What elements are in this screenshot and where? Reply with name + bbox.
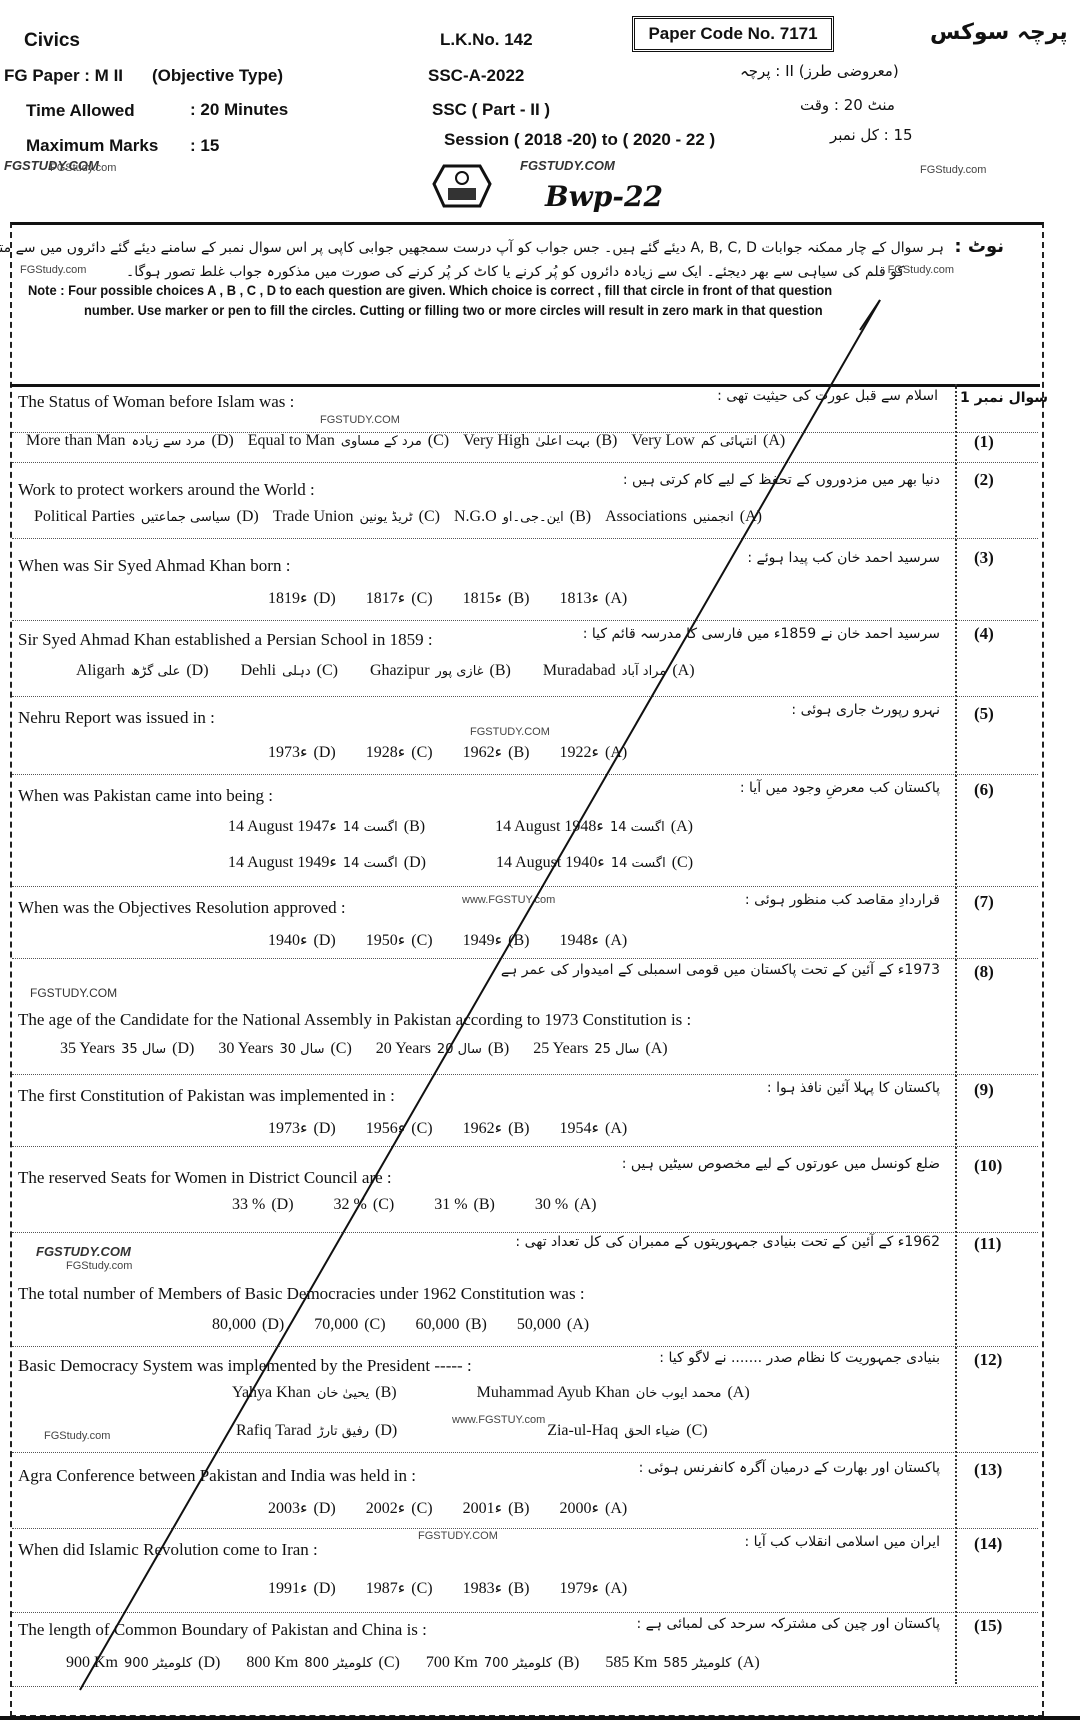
- question-number: (14): [974, 1534, 1002, 1554]
- question-number: (12): [974, 1350, 1002, 1370]
- question-text: The first Constitution of Pakistan was i…: [18, 1086, 395, 1106]
- watermark: FGSTUDY.COM: [418, 1530, 498, 1542]
- option-c[interactable]: Equal to Manمرد کے مساوی(C): [248, 432, 449, 450]
- option-c[interactable]: Trade Unionٹریڈ یونین(C): [273, 508, 440, 526]
- question-text: When was Pakistan came into being :: [18, 786, 273, 806]
- question-text: When did Islamic Revolution come to Iran…: [18, 1540, 318, 1560]
- option-a[interactable]: 50,000(A): [517, 1316, 589, 1334]
- question-text-urdu: پاکستان کب معرضِ وجود میں آیا :: [740, 780, 940, 796]
- options-row: 1940ء(D) 1950ء(C) 1949ء(B) 1948ء(A): [268, 930, 627, 950]
- question-number: (7): [974, 892, 994, 912]
- options-row: 2003ء(D) 2002ء(C) 2001ء(B) 2000ء(A): [268, 1498, 627, 1518]
- option-d[interactable]: 1973ء(D): [268, 1118, 336, 1138]
- option-d[interactable]: 14 August 1949ء14 اگست(D): [228, 852, 426, 872]
- options-row: 14 August 1949ء14 اگست(D) 14 August 1940…: [228, 852, 693, 872]
- option-a[interactable]: Muhammad Ayub Khanمحمد ایوب خان(A): [477, 1384, 750, 1402]
- options-row: 1973ء(D) 1928ء(C) 1962ء(B) 1922ء(A): [268, 742, 627, 762]
- question-number: (3): [974, 548, 994, 568]
- option-d[interactable]: 80,000(D): [212, 1316, 284, 1334]
- option-c[interactable]: 1817ء(C): [366, 588, 433, 608]
- watermark: FGSTUDY.COM: [30, 986, 117, 1000]
- note-urdu-line-2: کو قلم کی سیاہی سے بھر دیجئے۔ ایک سے زیا…: [126, 264, 904, 280]
- option-a[interactable]: 1948ء(A): [559, 930, 627, 950]
- option-b[interactable]: 20 Years20 سال(B): [376, 1040, 509, 1058]
- option-c[interactable]: 30 Years30 سال(C): [218, 1040, 351, 1058]
- note-english-line-1: Note : Four possible choices A , B , C ,…: [28, 282, 832, 298]
- time-allowed-value: : 20 Minutes: [190, 100, 288, 120]
- option-d[interactable]: 1819ء(D): [268, 588, 336, 608]
- option-b[interactable]: 1962ء(B): [463, 742, 530, 762]
- question-text: The total number of Members of Basic Dem…: [18, 1284, 585, 1304]
- question-text: The reserved Seats for Women in District…: [18, 1168, 392, 1188]
- option-b[interactable]: 31 %(B): [434, 1196, 495, 1214]
- option-d[interactable]: 1973ء(D): [268, 742, 336, 762]
- option-c[interactable]: Dehliدہلی(C): [241, 662, 338, 680]
- option-c[interactable]: 800 Km800 کلومیٹر(C): [246, 1654, 399, 1672]
- option-b[interactable]: 60,000(B): [416, 1316, 487, 1334]
- question-number: (13): [974, 1460, 1002, 1480]
- option-c[interactable]: 1950ء(C): [366, 930, 433, 950]
- handwritten-signature: Bwp-22: [545, 180, 663, 213]
- row-divider: [12, 1346, 1038, 1347]
- bottom-border: [0, 1716, 1080, 1720]
- row-divider: [12, 1612, 1038, 1613]
- option-c[interactable]: 70,000(C): [314, 1316, 385, 1334]
- watermark: FGStudy.com: [66, 1260, 132, 1272]
- note-english-line-2: number. Use marker or pen to fill the ci…: [84, 302, 823, 318]
- question-number: (15): [974, 1616, 1002, 1636]
- option-b[interactable]: 1962ء(B): [463, 1118, 530, 1138]
- option-a[interactable]: 14 August 1948ء14 اگست(A): [495, 816, 693, 836]
- board-logo-icon: [432, 160, 492, 210]
- question-text-urdu: اسلام سے قبل عورت کی حیثیت تھی :: [717, 388, 938, 404]
- note-urdu-line-1: ہر سوال کے چار ممکنہ جوابات A, B, C, D د…: [0, 240, 944, 256]
- time-allowed-label: Time Allowed: [26, 101, 135, 121]
- question-number: (10): [974, 1156, 1002, 1176]
- question-number: (8): [974, 962, 994, 982]
- watermark: FGStudy.com: [920, 164, 986, 176]
- option-d[interactable]: 900 Km900 کلومیٹر(D): [66, 1654, 220, 1672]
- row-divider: [12, 1146, 1038, 1147]
- options-row: Rafiq Taradرفیق تارڑ(D) Zia-ul-Haqضیاء ا…: [236, 1422, 708, 1440]
- question-text-urdu: سرسید احمد خان نے 1859ء میں فارسی کا مدر…: [583, 626, 940, 642]
- option-d[interactable]: 1991ء(D): [268, 1578, 336, 1598]
- subject-title: Civics: [24, 30, 80, 52]
- row-divider: [12, 620, 1038, 621]
- option-b[interactable]: 14 August 1947ء14 اگست(B): [228, 816, 425, 836]
- question-number: (2): [974, 470, 994, 490]
- question-text: Basic Democracy System was implemented b…: [18, 1356, 472, 1376]
- question-text-urdu: پاکستان اور بھارت کے درمیان آگرہ کانفرنس…: [639, 1460, 940, 1476]
- option-a[interactable]: 30 %(A): [535, 1196, 597, 1214]
- row-divider: [12, 774, 1038, 775]
- question-text: Work to protect workers around the World…: [18, 480, 315, 500]
- row-divider: [12, 1232, 1038, 1233]
- options-row: Yahya Khanیحییٰ خان(B) Muhammad Ayub Kha…: [232, 1384, 750, 1402]
- urdu-paper-line: (معروضی طرز) II : پرچہ: [740, 62, 899, 80]
- options-row: 900 Km900 کلومیٹر(D) 800 Km800 کلومیٹر(C…: [66, 1654, 760, 1672]
- option-b[interactable]: Ghazipurغازی پور(B): [370, 662, 511, 680]
- option-b[interactable]: 1983ء(B): [463, 1578, 530, 1598]
- options-row: 80,000(D) 70,000(C) 60,000(B) 50,000(A): [212, 1316, 589, 1334]
- lk-number: L.K.No. 142: [440, 30, 533, 50]
- watermark: FGSTUDY.COM: [320, 414, 400, 426]
- question-text: The length of Common Boundary of Pakista…: [18, 1620, 427, 1640]
- question-text-urdu: پاکستان کا پہلا آئین نافذ ہوا :: [767, 1080, 940, 1096]
- option-b[interactable]: Yahya Khanیحییٰ خان(B): [232, 1384, 397, 1402]
- max-marks-value: : 15: [190, 136, 219, 156]
- options-row: 1991ء(D) 1987ء(C) 1983ء(B) 1979ء(A): [268, 1578, 627, 1598]
- watermark: FGSTUDY.COM: [470, 726, 550, 738]
- option-d[interactable]: Rafiq Taradرفیق تارڑ(D): [236, 1422, 397, 1440]
- question-text-urdu: ایران میں اسلامی انقلاب کب آیا :: [745, 1534, 941, 1550]
- option-d[interactable]: More than Manمرد سے زیادہ(D): [26, 432, 234, 450]
- question-number: (9): [974, 1080, 994, 1100]
- instructions-note: نوٹ : ہر سوال کے چار ممکنہ جوابات A, B, …: [14, 228, 1034, 368]
- option-a[interactable]: 1813ء(A): [559, 588, 627, 608]
- option-a[interactable]: 1922ء(A): [559, 742, 627, 762]
- option-d[interactable]: 2003ء(D): [268, 1498, 336, 1518]
- options-row: 14 August 1947ء14 اگست(B) 14 August 1948…: [228, 816, 693, 836]
- question-number: (5): [974, 704, 994, 724]
- number-column-divider: [955, 384, 957, 1684]
- option-c[interactable]: 1956ء(C): [366, 1118, 433, 1138]
- option-b[interactable]: 2001ء(B): [463, 1498, 530, 1518]
- option-a[interactable]: 25 Years25 سال(A): [533, 1040, 667, 1058]
- option-b[interactable]: 1949ء(B): [463, 930, 530, 950]
- class-name: SSC ( Part - II ): [432, 100, 550, 120]
- option-a[interactable]: 1979ء(A): [559, 1578, 627, 1598]
- question-text-urdu: 1962ء کے آئین کے تحت بنیادی جمہوریتوں کے…: [515, 1234, 940, 1250]
- options-row: 33 %(D) 32 %(C) 31 %(B) 30 %(A): [232, 1196, 596, 1214]
- option-b[interactable]: Very Highبہت اعلیٰ(B): [463, 432, 617, 450]
- options-row: Aligarhعلی گڑھ(D) Dehliدہلی(C) Ghazipurغ…: [76, 662, 695, 680]
- option-a[interactable]: Associationsانجمنیں(A): [605, 508, 762, 526]
- option-d[interactable]: 35 Years35 سال(D): [60, 1040, 194, 1058]
- watermark: FGStudy.com: [888, 264, 954, 276]
- question-text: When was Sir Syed Ahmad Khan born :: [18, 556, 290, 576]
- paper-type: (Objective Type): [152, 66, 283, 86]
- watermark: www.FGSTUY.com: [462, 894, 555, 906]
- paper-code: Paper Code No. 7171: [648, 24, 817, 44]
- urdu-marks-line: 15 : کل نمبر: [830, 126, 913, 144]
- row-divider: [12, 886, 1038, 887]
- row-divider: [12, 696, 1038, 697]
- question-text: Nehru Report was issued in :: [18, 708, 215, 728]
- watermark: FGStudy.com: [44, 1430, 110, 1442]
- paper-label: FG Paper : M II: [4, 66, 123, 86]
- option-d[interactable]: 1940ء(D): [268, 930, 336, 950]
- watermark: FGStudy.com: [50, 162, 116, 174]
- row-divider: [12, 538, 1038, 539]
- row-divider: [12, 1686, 1038, 1687]
- question-number: (1): [974, 432, 994, 452]
- question-text-urdu: سرسید احمد خان کب پیدا ہوئے :: [747, 550, 940, 566]
- option-c[interactable]: 1928ء(C): [366, 742, 433, 762]
- question-row-1: The Status of Woman before Islam was : ا…: [12, 384, 1038, 433]
- options-row: 1973ء(D) 1956ء(C) 1962ء(B) 1954ء(A): [268, 1118, 627, 1138]
- question-text-urdu: بنیادی جمہوریت کا نظام صدر ....... نے لا…: [659, 1350, 940, 1366]
- question-text: Sir Syed Ahmad Khan established a Persia…: [18, 630, 433, 650]
- question-number: (11): [974, 1234, 1001, 1254]
- watermark: FGSTUDY.COM: [520, 158, 615, 173]
- option-c[interactable]: 14 August 1940ء14 اگست(C): [496, 852, 693, 872]
- option-a[interactable]: 585 Km585 کلومیٹر(A): [605, 1654, 759, 1672]
- option-b[interactable]: 700 Km700 کلومیٹر(B): [426, 1654, 579, 1672]
- option-c[interactable]: Zia-ul-Haqضیاء الحق(C): [547, 1422, 707, 1440]
- question-text: Agra Conference between Pakistan and Ind…: [18, 1466, 416, 1486]
- option-c[interactable]: 2002ء(C): [366, 1498, 433, 1518]
- option-a[interactable]: 2000ء(A): [559, 1498, 627, 1518]
- row-divider: [12, 462, 1038, 463]
- options-row: 1819ء(D) 1817ء(C) 1815ء(B) 1813ء(A): [268, 588, 627, 608]
- question-text: The age of the Candidate for the Nationa…: [18, 1010, 691, 1030]
- note-urdu-label: نوٹ :: [954, 236, 1004, 257]
- question-text-urdu: پاکستان اور چین کی مشترکہ سرحد کی لمبائی…: [636, 1616, 940, 1632]
- question-text-urdu: قراردادِ مقاصد کب منظور ہوئی :: [745, 892, 940, 908]
- option-a[interactable]: Very Lowانتہائی کم(A): [631, 432, 785, 450]
- max-marks-label: Maximum Marks: [26, 136, 158, 156]
- question-text-urdu: دنیا بھر میں مزدوروں کے تحفظ کے لیے کام …: [623, 472, 940, 488]
- row-divider: [12, 1452, 1038, 1453]
- question-text-urdu: 1973ء کے آئین کے تحت پاکستان میں قومی اس…: [501, 962, 940, 978]
- urdu-subject-title: پرچہ سوکس: [930, 20, 1068, 45]
- row-divider: [12, 1074, 1038, 1075]
- question-text: The Status of Woman before Islam was :: [18, 392, 294, 412]
- option-c[interactable]: 32 %(C): [334, 1196, 395, 1214]
- question-text: When was the Objectives Resolution appro…: [18, 898, 346, 918]
- watermark: FGStudy.com: [20, 264, 86, 276]
- option-a[interactable]: 1954ء(A): [559, 1118, 627, 1138]
- options-row: Political Partiesسیاسی جماعتیں(D) Trade …: [34, 508, 762, 526]
- option-a[interactable]: Muradabadمراد آباد(A): [543, 662, 695, 680]
- session: Session ( 2018 -20) to ( 2020 - 22 ): [444, 130, 715, 150]
- row-divider: [12, 1528, 1038, 1529]
- question-number: (6): [974, 780, 994, 800]
- options-row: 35 Years35 سال(D) 30 Years30 سال(C) 20 Y…: [60, 1040, 668, 1058]
- option-c[interactable]: 1987ء(C): [366, 1578, 433, 1598]
- option-d[interactable]: Political Partiesسیاسی جماعتیں(D): [34, 508, 259, 526]
- row-divider: [12, 958, 1038, 959]
- option-b[interactable]: N.G.Oاین۔جی۔او(B): [454, 508, 591, 526]
- paper-code-box: Paper Code No. 7171: [632, 16, 834, 52]
- question-text-urdu: نہرو رپورٹ جاری ہوئی :: [791, 702, 940, 718]
- question-text-urdu: ضلع کونسل میں عورتوں کے لیے مخصوص سیٹیں …: [622, 1156, 940, 1172]
- option-d[interactable]: Aligarhعلی گڑھ(D): [76, 662, 209, 680]
- watermark: FGSTUDY.COM: [36, 1244, 131, 1259]
- exam-name: SSC-A-2022: [428, 66, 524, 86]
- option-b[interactable]: 1815ء(B): [463, 588, 530, 608]
- options-row: More than Manمرد سے زیادہ(D) Equal to Ma…: [26, 432, 785, 450]
- option-d[interactable]: 33 %(D): [232, 1196, 294, 1214]
- urdu-time-line: منٹ 20 : وقت: [800, 96, 895, 114]
- question-number: (4): [974, 624, 994, 644]
